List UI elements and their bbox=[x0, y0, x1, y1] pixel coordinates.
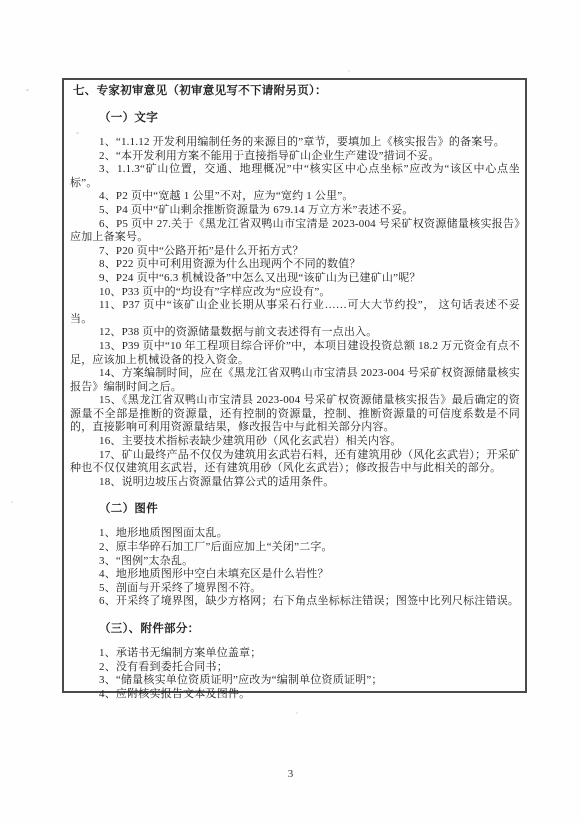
review-comment: 2、原丰华碎石加工厂”后面应加上“关闭”二字。 bbox=[70, 541, 520, 555]
section-attachment-comments: （三）、附件部分： 1、承诺书无编制方案单位盖章； 2、没有看到委托合同书； 3… bbox=[70, 622, 520, 701]
section-heading-figures: （二）图件 bbox=[70, 502, 520, 516]
review-comment: 6、开采终了境界图，缺少方格网；右下角点坐标标注错误；图签中比列尺标注错误。 bbox=[70, 595, 520, 609]
review-comment: 4、地形地质图形中空白未填充区是什么岩性？ bbox=[70, 568, 520, 582]
form-row-title: 七、专家初审意见（初审意见写不下请附另页）： bbox=[73, 84, 520, 98]
review-comment: 15、《黑龙江省双鸭山市宝清县 2023-004 号采矿权资源储量核实报告》最后… bbox=[70, 394, 520, 435]
review-comment: 10、P33 页中的“均设有”字样应改为“应设有”。 bbox=[70, 286, 520, 300]
review-comment: 1、地形地质图图面太乱。 bbox=[70, 527, 520, 541]
review-comment: 4、应附核实报告文本及图件。 bbox=[70, 688, 520, 702]
review-comment: 3、“储量核实单位资质证明”应改为“编制单位资质证明”； bbox=[70, 674, 520, 688]
review-comment: 5、P4 页中“矿山剩余推断资源量为 679.14 万立方米”表述不妥。 bbox=[70, 204, 520, 218]
scan-speckle bbox=[348, 70, 350, 72]
review-comment: 12、P38 页中的资源储量数据与前文表述得有一点出入。 bbox=[70, 326, 520, 340]
section-items-attachments: 1、承诺书无编制方案单位盖章； 2、没有看到委托合同书； 3、“储量核实单位资质… bbox=[70, 647, 520, 701]
section-figure-comments: （二）图件 1、地形地质图图面太乱。 2、原丰华碎石加工厂”后面应加上“关闭”二… bbox=[70, 502, 520, 609]
review-opinion-cell: 七、专家初审意见（初审意见写不下请附另页）： （一）文字 1、“1.1.12 开… bbox=[62, 78, 527, 693]
section-items-figures: 1、地形地质图图面太乱。 2、原丰华碎石加工厂”后面应加上“关闭”二字。 3、“… bbox=[70, 527, 520, 609]
section-text-comments: （一）文字 1、“1.1.12 开发利用编制任务的来源目的”章节，要填加上《核实… bbox=[70, 111, 520, 489]
scanned-document-page: 七、专家初审意见（初审意见写不下请附另页）： （一）文字 1、“1.1.12 开… bbox=[0, 0, 581, 823]
review-comment: 2、没有看到委托合同书； bbox=[70, 661, 520, 675]
review-comment: 5、剖面与开采终了境界图不符。 bbox=[70, 582, 520, 596]
review-comment: 8、P22 页中可利用资源为什么出现两个不同的数值？ bbox=[70, 258, 520, 272]
section-heading-attachments: （三）、附件部分： bbox=[70, 622, 520, 636]
review-comment: 7、P20 页中“公路开拓”是什么开拓方式？ bbox=[70, 245, 520, 259]
review-comment: 2、“本开发利用方案不能用于直接指导矿山企业生产建设”措词不妥。 bbox=[70, 150, 520, 164]
review-comment: 1、“1.1.12 开发利用编制任务的来源目的”章节，要填加上《核实报告》的备案… bbox=[70, 136, 520, 150]
review-comment: 14、方案编制时间，应在《黑龙江省双鸭山市宝清县 2023-004 号采矿权资源… bbox=[70, 367, 520, 394]
review-comment: 6、P5 页中 27.关于《黑龙江省双鸭山市宝清是 2023-004 号采矿权资… bbox=[70, 218, 520, 245]
review-comment: 17、矿山最终产品不仅仅为建筑用玄武岩石料，还有建筑用砂（风化玄武岩）；开采矿种… bbox=[70, 449, 520, 476]
review-comment: 3、“图例”太杂乱。 bbox=[70, 555, 520, 569]
review-comment: 16、主要技术指标表缺少建筑用砂（风化玄武岩）相关内容。 bbox=[70, 435, 520, 449]
section-items-text: 1、“1.1.12 开发利用编制任务的来源目的”章节，要填加上《核实报告》的备案… bbox=[70, 136, 520, 489]
review-comment: 4、P2 页中“宽越 1 公里”不对，应为“宽约 1 公里”。 bbox=[70, 190, 520, 204]
scan-speckle bbox=[296, 712, 298, 714]
review-comment: 18、说明边坡压占资源量估算公式的适用条件。 bbox=[70, 476, 520, 490]
review-comment: 1、承诺书无编制方案单位盖章； bbox=[70, 647, 520, 661]
review-comment: 11、P37 页中“该矿山企业长期从事采石行业……可大大节约投”， 这句话表述不… bbox=[70, 299, 520, 326]
scan-speckle bbox=[26, 89, 29, 91]
page-number: 3 bbox=[0, 768, 581, 780]
review-comment: 9、P24 页中“6.3 机械设备”中怎么又出现“该矿山为已建矿山”呢？ bbox=[70, 272, 520, 286]
scan-speckle bbox=[11, 501, 13, 503]
section-heading-text: （一）文字 bbox=[70, 111, 520, 125]
review-comment: 13、P39 页中“10 年工程项目综合评价”中，本项目建设投资总额 18.2 … bbox=[70, 340, 520, 367]
review-comment: 3、1.1.3“矿山位置，交通、地理概况”中“核实区中心点坐标”应改为“该区中心… bbox=[70, 163, 520, 190]
